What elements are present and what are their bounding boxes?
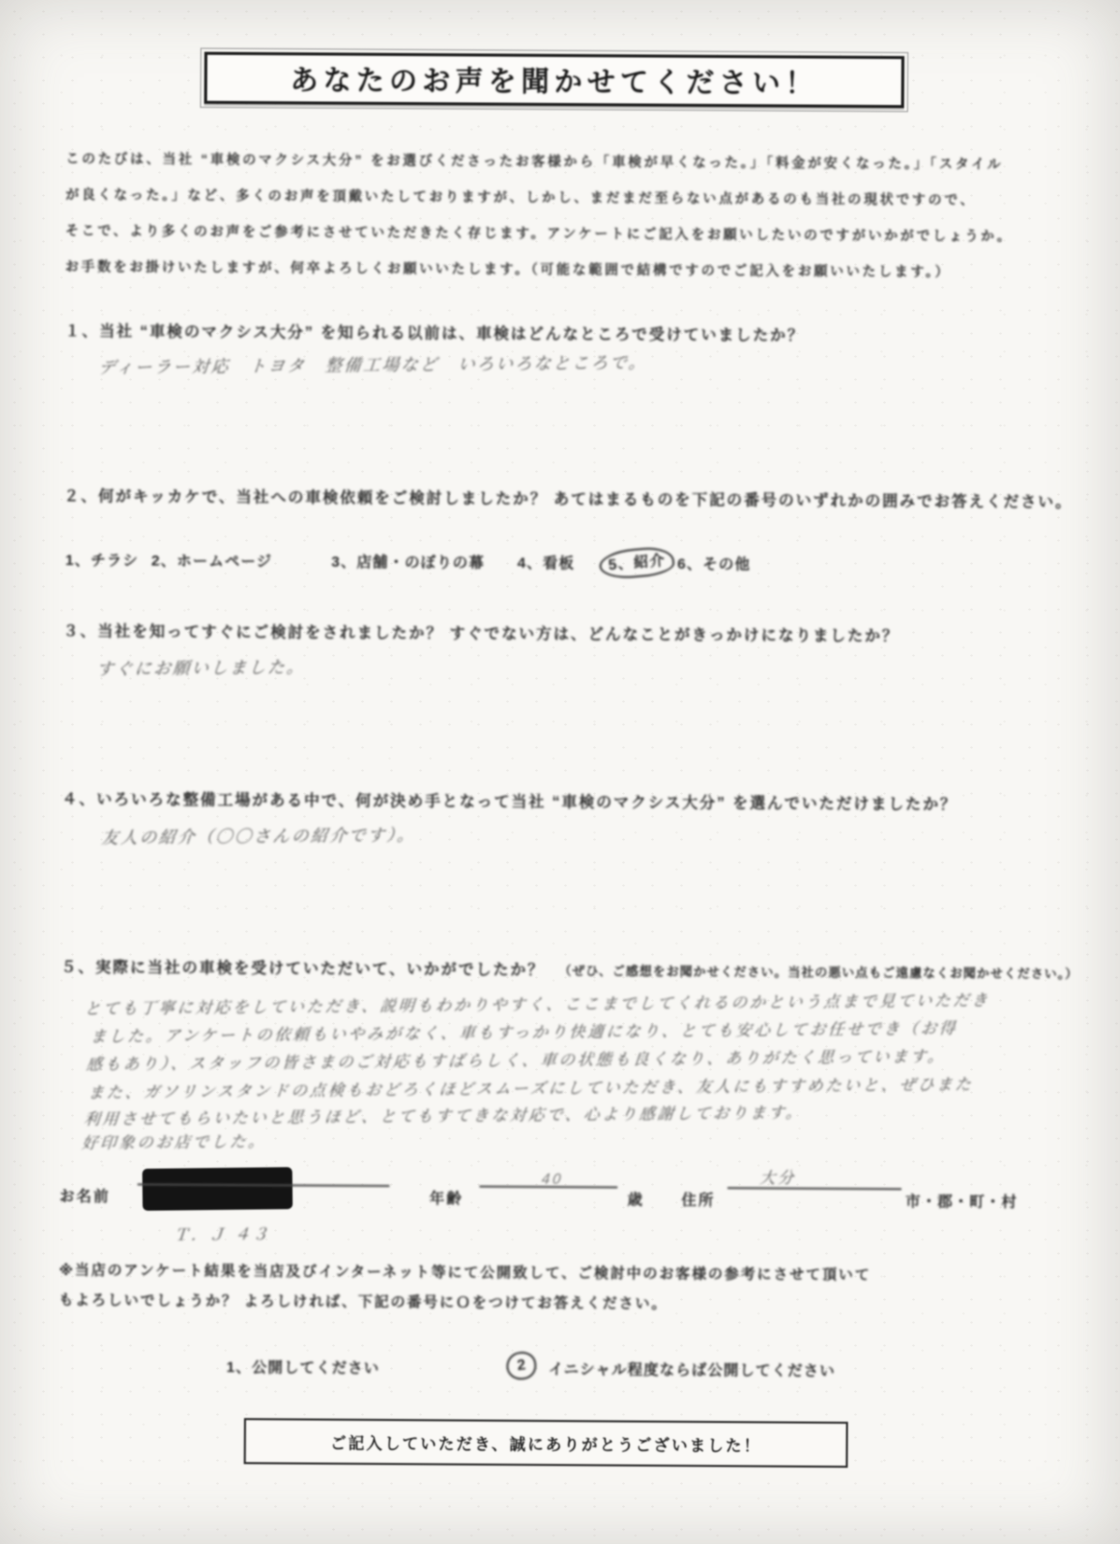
handwritten-circle-mark: 5、紹介: [598, 545, 675, 580]
footer-thanks-text: ご記入していただき、誠にありがとうございました！: [330, 1430, 762, 1456]
question-3-text: ３、当社を知ってすぐにご検討をされましたか？ すぐでない方は、どんなことがきっか…: [63, 619, 900, 646]
age-field-label: 年齢: [429, 1187, 463, 1208]
scanned-survey-page: あなたのお声を聞かせてください！ このたびは、当社 “車検のマクシス大分” をお…: [0, 0, 1120, 1544]
question-2-option-3: 3、店舗・のぼりの幕: [331, 551, 484, 573]
name-field-label: お名前: [59, 1185, 110, 1206]
question-5-answer-line: また、ガソリンスタンドの点検もおどろくほどスムーズにしていただき、友人にもすすめ…: [87, 1072, 974, 1104]
publish-note-line: もよろしいでしょうか？ よろしければ、下記の番号にＯをつけてお答えください。: [59, 1289, 668, 1314]
question-2-option-1: 1、チラシ: [65, 549, 138, 570]
question-5-note: （ぜひ、ご感想をお聞かせください。当社の悪い点もご遠慮なくお聞かせください。）: [559, 961, 1079, 982]
question-5-answer-line: 好印象のお店でした。: [81, 1129, 268, 1154]
intro-line: このたびは、当社 “車検のマクシス大分” をお選びくださったお客様から「車検が早…: [66, 147, 1004, 173]
handwritten-circle-mark: 2: [505, 1350, 538, 1381]
publish-option-1: 1、公開してください: [226, 1356, 379, 1378]
question-1-text: １、当社 “車検のマクシス大分” を知られる以前は、車検はどんなところで受けてい…: [65, 319, 805, 346]
age-value-handwriting: 40: [541, 1172, 564, 1188]
question-4-text: ４、いろいろな整備工場がある中で、何が決め手となって当社 “車検のマクシス大分”…: [62, 787, 958, 814]
question-3-answer-handwriting: すぐにお願いしました。: [96, 653, 307, 680]
intro-line: が良くなった。」など、多くのお声を頂戴いたしておりますが、しかし、まだまだ至らな…: [65, 183, 976, 209]
intro-line: そこで、より多くのお声をご参考にさせていただきたく存じます。アンケートにご記入を…: [65, 219, 1013, 245]
question-5-answer-line: 感もあり）、スタッフの皆さまのご対応もすばらしく、車の状態も良くなり、ありがたく…: [85, 1044, 947, 1075]
page-content: あなたのお声を聞かせてください！ このたびは、当社 “車検のマクシス大分” をお…: [0, 0, 1120, 1544]
publish-option-2-label: イニシャル程度ならば公開してください: [548, 1358, 835, 1381]
publish-option-2-selected: 2: [506, 1352, 536, 1380]
question-5-answer-line: 利用させてもらいたいと思うほど、とてもすてきな対応で、心より感謝しております。: [83, 1100, 805, 1130]
name-redaction-box: [142, 1167, 292, 1211]
address-value-handwriting: 大分: [759, 1165, 797, 1188]
intro-line: お手数をお掛けいたしますが、何卒よろしくお願いいたします。（可能な範囲で結構です…: [65, 255, 951, 280]
address-field-underline: [727, 1187, 901, 1190]
question-1-answer-handwriting: ディーラー対応 トヨタ 整備工場など いろいろなところで。: [98, 348, 649, 378]
footer-thanks-box: ご記入していただき、誠にありがとうございました！: [244, 1418, 848, 1468]
address-suffix-label: 市・郡・町・村: [905, 1190, 1017, 1212]
page-title: あなたのお声を聞かせてください！: [290, 58, 818, 101]
question-2-option-6: 6、その他: [677, 553, 750, 574]
title-box: あなたのお声を聞かせてください！: [204, 52, 904, 108]
question-4-answer-handwriting: 友人の紹介（〇〇さんの紹介です）。: [101, 821, 417, 849]
question-2-option-5-selected: 5、紹介: [599, 548, 675, 577]
age-suffix-label: 歳: [627, 1188, 642, 1209]
question-5-answer-line: ました。アンケートの依頼もいやみがなく、車もすっかり快適になり、とても安心してお…: [90, 1016, 959, 1047]
question-2-option-4: 4、看板: [517, 552, 574, 573]
name-initials-handwriting: Ｔ．Ｊ ４３: [172, 1221, 271, 1245]
question-2-text: ２、何がキッカケで、当社への車検依頼をご検討しましたか？ あてはまるものを下記の…: [64, 484, 1073, 512]
address-field-label: 住所: [681, 1189, 715, 1210]
question-5-answer-line: とても丁寧に対応をしていただき、説明もわかりやすく、ここまでしてくれるのかという…: [84, 988, 991, 1020]
question-2-option-2: 2、ホームページ: [151, 549, 272, 571]
question-5-text: ５、実際に当社の車検を受けていただいて、いかがでしたか？: [61, 955, 545, 980]
publish-note-line: ※当店のアンケート結果を当店及びインターネット等にて公開致して、ご検討中のお客様…: [59, 1259, 871, 1285]
